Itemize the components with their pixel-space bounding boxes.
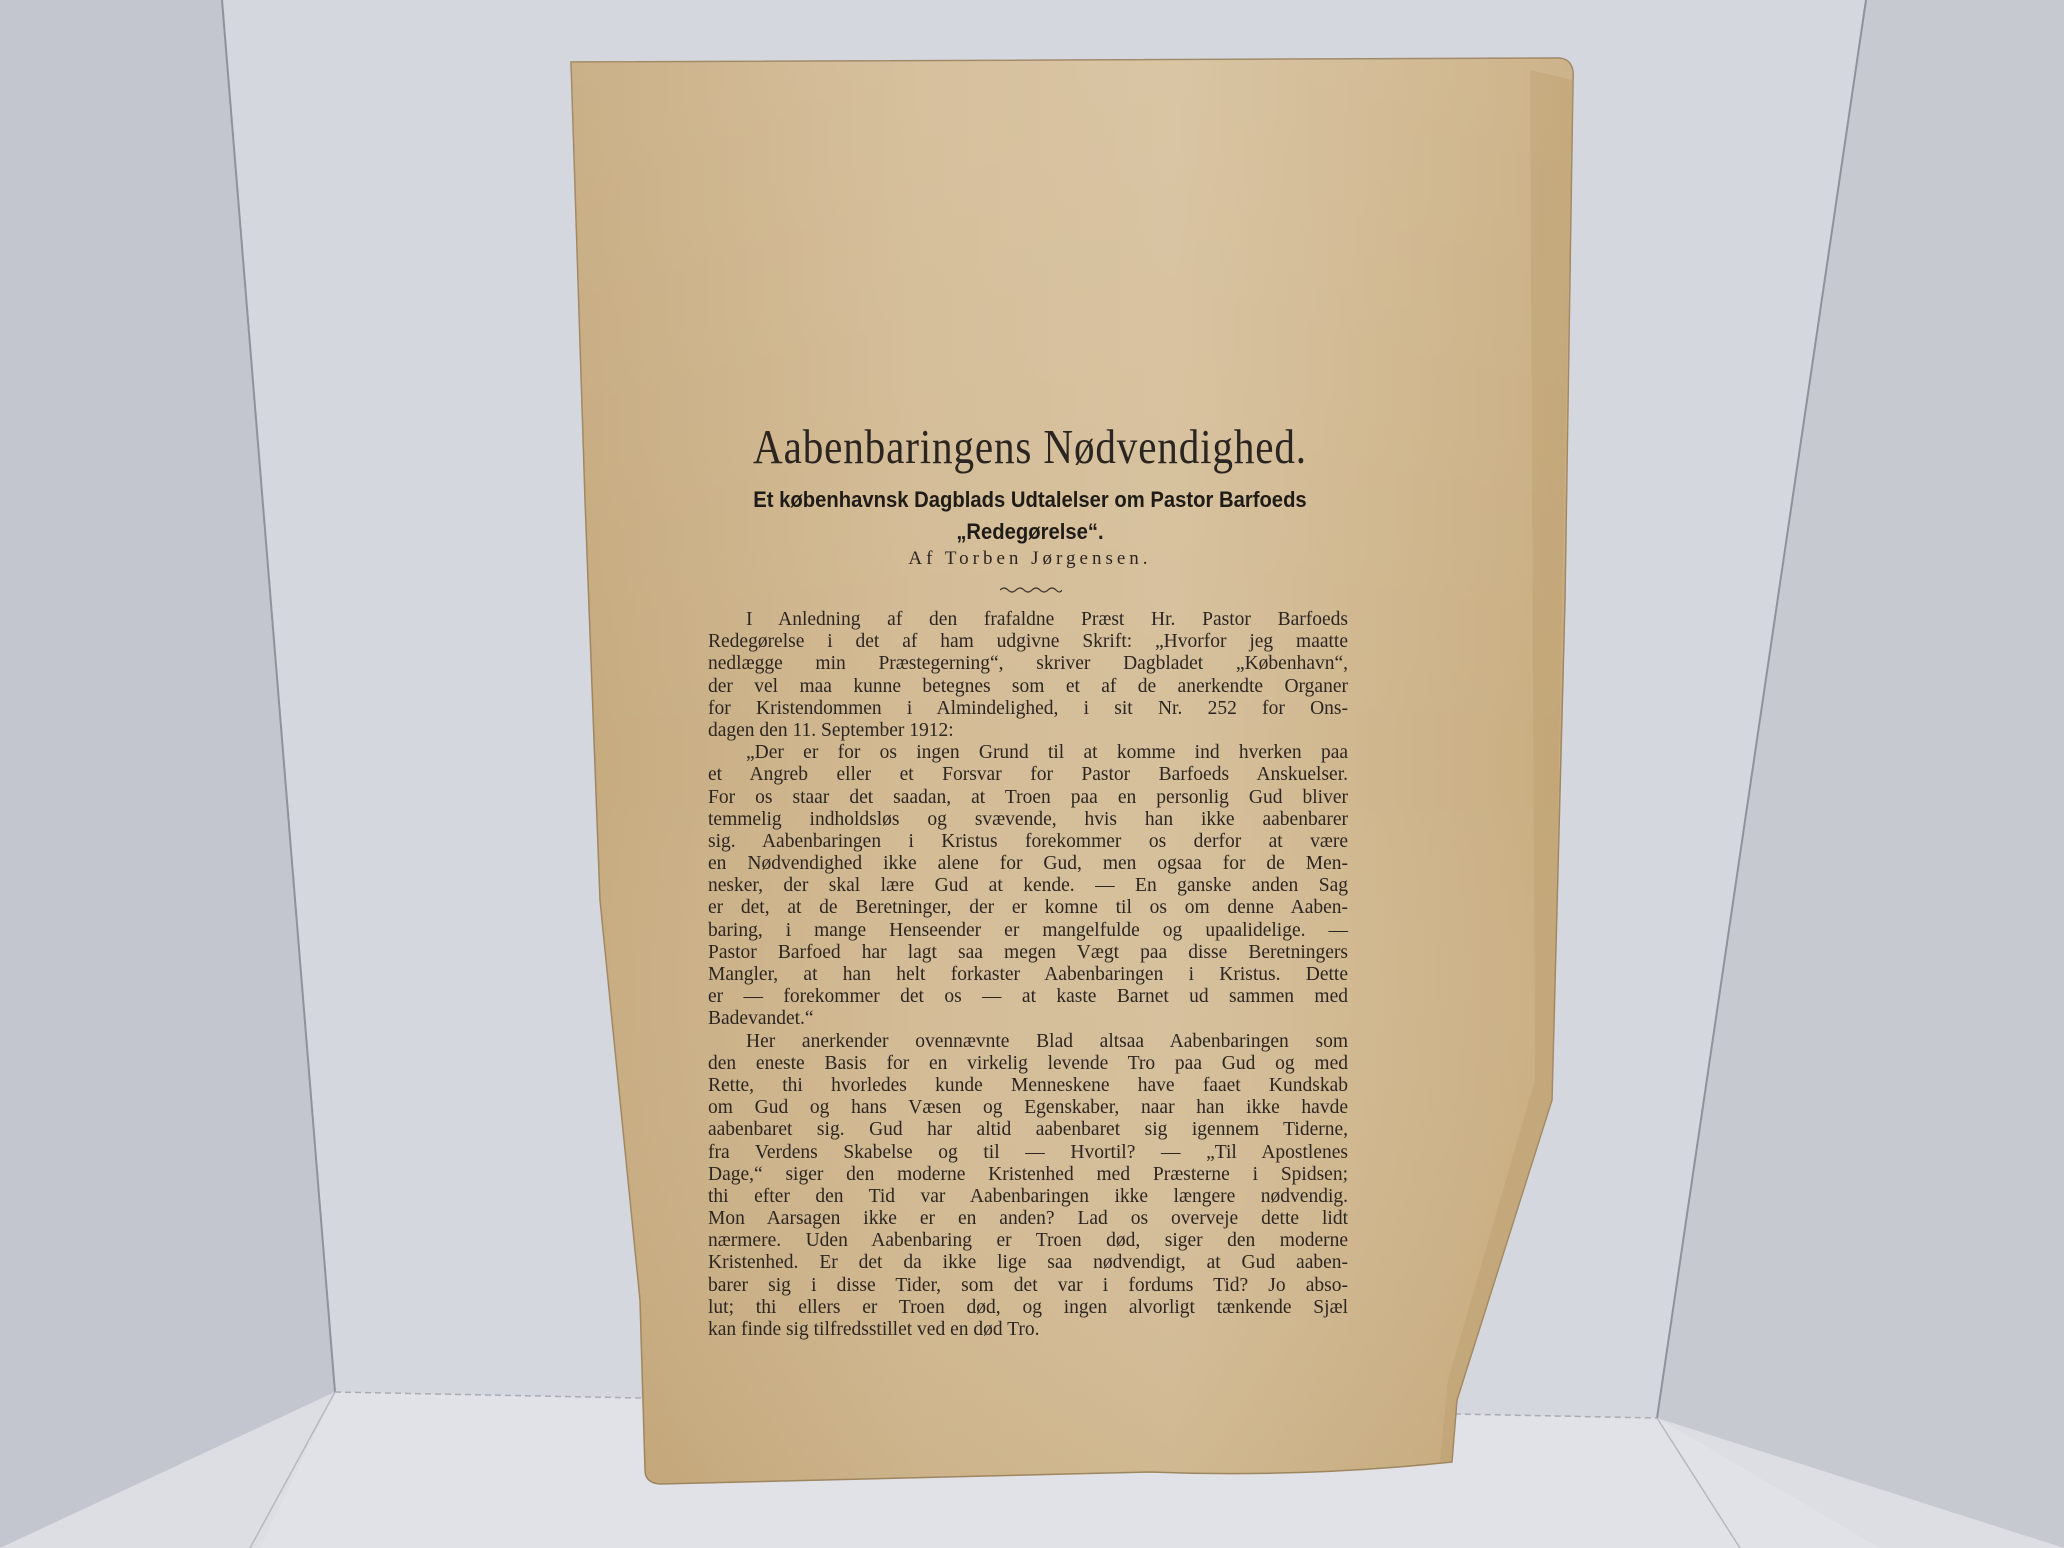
body-line: Badevandet.“ [708, 1008, 1348, 1030]
body-line: en Nødvendighed ikke alene for Gud, men … [708, 853, 1348, 875]
document-author: Af Torben Jørgensen. [700, 548, 1360, 570]
body-line: sig. Aabenbaringen i Kristus forekommer … [708, 831, 1348, 853]
document-subtitle-line-2: „Redegørelse“. [717, 518, 1343, 546]
body-line: er — forekommer det os — at kaste Barnet… [708, 986, 1348, 1008]
body-line: Mangler, at han helt forkaster Aabenbari… [708, 964, 1348, 986]
body-line: for Kristendommen i Almindelighed, i sit… [708, 698, 1348, 720]
body-line: dagen den 11. September 1912: [708, 720, 1348, 742]
document-body: I Anledning af den frafaldne Præst Hr. P… [708, 609, 1348, 1341]
body-line: et Angreb eller et Forsvar for Pastor Ba… [708, 764, 1348, 786]
body-line: Mon Aarsagen ikke er en anden? Lad os ov… [708, 1208, 1348, 1230]
body-line: nesker, der skal lære Gud at kende. — En… [708, 875, 1348, 897]
body-line: nærmere. Uden Aabenbaring er Troen død, … [708, 1230, 1348, 1252]
body-line: Kristenhed. Er det da ikke lige saa nødv… [708, 1252, 1348, 1274]
body-line: I Anledning af den frafaldne Præst Hr. P… [708, 609, 1348, 631]
document-title: Aabenbaringens Nødvendighed. [753, 418, 1307, 475]
body-line: nedlægge min Præstegerning“, skriver Dag… [708, 653, 1348, 675]
body-line: thi efter den Tid var Aabenbaringen ikke… [708, 1186, 1348, 1208]
document-subtitle-line-1: Et københavnsk Dagblads Udtalelser om Pa… [717, 486, 1343, 514]
body-line: For os staar det saadan, at Troen paa en… [708, 787, 1348, 809]
body-line: der vel maa kunne betegnes som et af de … [708, 676, 1348, 698]
body-line: om Gud og hans Væsen og Egenskaber, naar… [708, 1097, 1348, 1119]
body-line: Rette, thi hvorledes kunde Menneskene ha… [708, 1075, 1348, 1097]
body-line: lut; thi ellers er Troen død, og ingen a… [708, 1297, 1348, 1319]
body-line: Her anerkender ovennævnte Blad altsaa Aa… [708, 1031, 1348, 1053]
body-line: barer sig i disse Tider, som det var i f… [708, 1275, 1348, 1297]
body-line: temmelig indholdsløs og svævende, hvis h… [708, 809, 1348, 831]
body-line: Redegørelse i det af ham udgivne Skrift:… [708, 631, 1348, 653]
body-line: aabenbaret sig. Gud har altid aabenbaret… [708, 1119, 1348, 1141]
body-line: kan finde sig tilfredsstillet ved en død… [708, 1319, 1348, 1341]
body-line: Pastor Barfoed har lagt saa megen Vægt p… [708, 942, 1348, 964]
body-line: den eneste Basis for en virkelig levende… [708, 1053, 1348, 1075]
body-line: „Der er for os ingen Grund til at komme … [708, 742, 1348, 764]
body-line: fra Verdens Skabelse og til — Hvortil? —… [708, 1142, 1348, 1164]
body-line: baring, i mange Henseender er mangelfuld… [708, 920, 1348, 942]
wavy-rule-icon [1000, 586, 1062, 594]
body-line: Dage,“ siger den moderne Kristenhed med … [708, 1164, 1348, 1186]
body-line: er det, at de Beretninger, der er komne … [708, 897, 1348, 919]
